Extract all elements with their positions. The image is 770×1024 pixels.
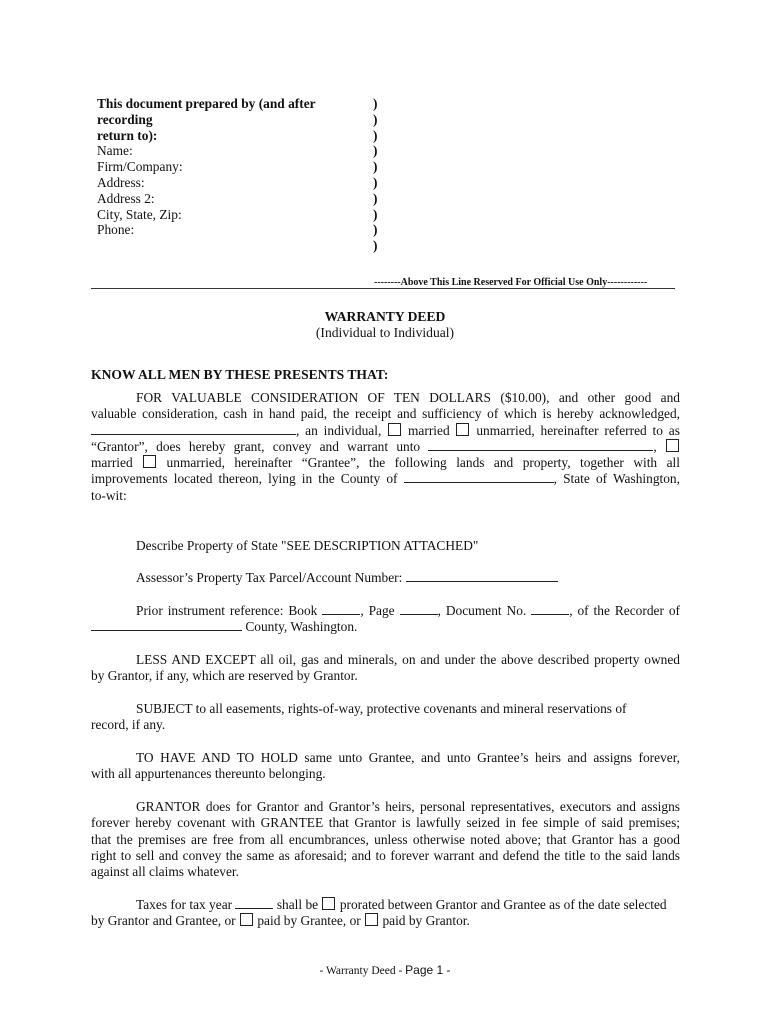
text: paid by Grantee, or	[257, 913, 360, 928]
official-use-notice: --------Above This Line Reserved For Off…	[374, 277, 647, 288]
paren: )	[373, 238, 377, 254]
grantor-married-checkbox[interactable]	[388, 423, 401, 436]
tax-year-blank[interactable]	[235, 897, 273, 909]
footer-doc-name: - Warranty Deed -	[319, 965, 405, 977]
subject-paragraph: SUBJECT to all easements, rights-of-way,…	[91, 701, 680, 734]
text: County, Washington.	[245, 619, 357, 634]
page-blank[interactable]	[400, 603, 438, 615]
text: Describe Property of State "SEE DESCRIPT…	[136, 538, 478, 553]
page-footer: - Warranty Deed - Page 1 -	[0, 963, 770, 977]
text: Prior instrument reference: Book	[136, 603, 317, 618]
text: SUBJECT to all easements, rights-of-way,…	[136, 701, 626, 716]
text: improvements located thereon, lying in t…	[91, 471, 397, 486]
text: with all appurtenances thereunto belongi…	[91, 766, 326, 781]
return-to-label: return to):	[97, 128, 367, 144]
text: against all claims whatever.	[91, 864, 239, 879]
text: unmarried, hereinafter referred to as	[476, 423, 680, 438]
separator-line	[91, 288, 675, 289]
phone-field-label: Phone:	[97, 222, 367, 238]
text: LESS AND EXCEPT all oil, gas and mineral…	[136, 652, 680, 667]
text: unmarried, hereinafter “Grantee”, the fo…	[167, 455, 680, 470]
text: , of the Recorder of	[569, 603, 680, 618]
grantor-unmarried-checkbox[interactable]	[456, 423, 469, 436]
prepared-by-label: This document prepared by (and after rec…	[97, 96, 367, 128]
recorder-county-blank[interactable]	[91, 619, 242, 631]
text: right to sell and convey the same as afo…	[91, 848, 680, 863]
document-no-blank[interactable]	[531, 603, 569, 615]
name-field-label: Name:	[97, 143, 367, 159]
text: Taxes for tax year	[136, 897, 232, 912]
firm-field-label: Firm/Company:	[97, 159, 367, 175]
text: to-wit:	[91, 488, 127, 503]
text: “Grantor”, does hereby grant, convey and…	[91, 439, 420, 454]
text: by Grantor and Grantee, or	[91, 913, 236, 928]
text: valuable consideration, cash in hand pai…	[91, 406, 680, 421]
prepared-by-block: This document prepared by (and after rec…	[97, 96, 367, 238]
county-blank[interactable]	[404, 471, 554, 483]
paren: )	[373, 143, 377, 159]
page-number: Page 1 -	[405, 963, 450, 977]
prorated-checkbox[interactable]	[322, 897, 335, 910]
prior-instrument-paragraph: Prior instrument reference: Book , Page …	[91, 603, 680, 636]
text: forever hereby covenant with GRANTEE tha…	[91, 815, 680, 830]
text: shall be	[277, 897, 318, 912]
document-page: This document prepared by (and after rec…	[0, 0, 770, 1024]
text: ,	[653, 439, 656, 454]
book-blank[interactable]	[322, 603, 360, 615]
document-title: WARRANTY DEED	[0, 309, 770, 325]
address-field-label: Address:	[97, 175, 367, 191]
text: prorated between Grantor and Grantee as …	[340, 897, 667, 912]
address2-field-label: Address 2:	[97, 191, 367, 207]
taxes-paragraph: Taxes for tax year shall be prorated bet…	[91, 897, 680, 930]
document-subtitle: (Individual to Individual)	[0, 325, 770, 341]
text: married	[408, 423, 450, 438]
text: that the premises are free from all encu…	[91, 832, 680, 847]
text: , Document No.	[438, 603, 527, 618]
text: , an individual,	[296, 423, 381, 438]
grantor-name-blank[interactable]	[91, 423, 296, 435]
paren: )	[373, 96, 377, 112]
paren: )	[373, 222, 377, 238]
text: TO HAVE AND TO HOLD same unto Grantee, a…	[136, 750, 680, 765]
less-except-paragraph: LESS AND EXCEPT all oil, gas and mineral…	[91, 652, 680, 685]
grantee-unmarried-checkbox[interactable]	[143, 455, 156, 468]
paid-by-grantee-checkbox[interactable]	[240, 913, 253, 926]
text: married	[91, 455, 133, 470]
paren: )	[373, 159, 377, 175]
paren: )	[373, 191, 377, 207]
covenant-paragraph: GRANTOR does for Grantor and Grantor’s h…	[91, 799, 680, 880]
consideration-paragraph: FOR VALUABLE CONSIDERATION OF TEN DOLLAR…	[91, 390, 680, 504]
bracket-column: ) ) ) ) ) ) ) ) ) )	[373, 96, 377, 254]
text: record, if any.	[91, 717, 165, 732]
paren: )	[373, 207, 377, 223]
text: , Page	[360, 603, 394, 618]
text: paid by Grantor.	[382, 913, 469, 928]
know-all-heading: KNOW ALL MEN BY THESE PRESENTS THAT:	[91, 367, 388, 383]
paren: )	[373, 112, 377, 128]
city-state-zip-field-label: City, State, Zip:	[97, 207, 367, 223]
paren: )	[373, 128, 377, 144]
text: by Grantor, if any, which are reserved b…	[91, 668, 358, 683]
text: FOR VALUABLE CONSIDERATION OF TEN DOLLAR…	[136, 390, 680, 405]
text: GRANTOR does for Grantor and Grantor’s h…	[136, 799, 680, 814]
parcel-number-blank[interactable]	[406, 570, 558, 582]
assessor-line: Assessor’s Property Tax Parcel/Account N…	[91, 570, 680, 586]
habendum-paragraph: TO HAVE AND TO HOLD same unto Grantee, a…	[91, 750, 680, 783]
paid-by-grantor-checkbox[interactable]	[365, 913, 378, 926]
grantee-name-blank[interactable]	[428, 439, 653, 451]
grantee-married-checkbox[interactable]	[666, 439, 679, 452]
paren: )	[373, 175, 377, 191]
describe-property-line: Describe Property of State "SEE DESCRIPT…	[91, 538, 680, 554]
text: Assessor’s Property Tax Parcel/Account N…	[136, 570, 402, 585]
text: , State of Washington,	[554, 471, 680, 486]
